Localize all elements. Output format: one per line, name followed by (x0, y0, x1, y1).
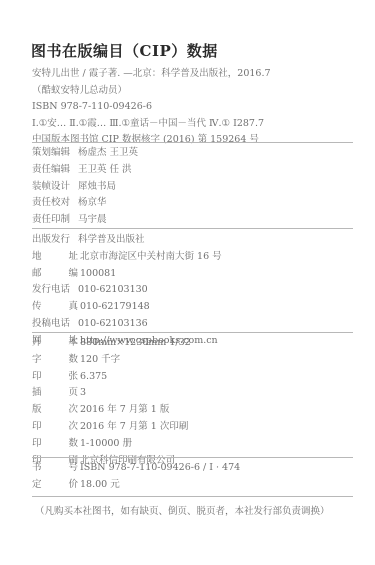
publisher-row: 出版发行科学普及出版社 (32, 232, 222, 249)
price-value: 18.00 元 (80, 477, 120, 494)
cip-block: 安特儿出世 / 霞子著. —北京：科学普及出版社，2016.7 （酷蚁安特儿总动… (32, 66, 271, 149)
publisher-value: 100081 (80, 266, 116, 283)
specs-block: 开本880mm×1230mm 1/32 字数120 千字 印张6.375 插页3… (32, 335, 191, 469)
publisher-value: 010-62103136 (78, 316, 148, 333)
publisher-label: 发行电话 (32, 282, 78, 299)
staff-value: 杨虚杰 王卫英 (78, 145, 138, 162)
spec-row: 版次2016 年 7 月第 1 版 (32, 402, 191, 419)
pricing-block: 书号ISBN 978-7-110-09426-6 / I · 474 定价18.… (32, 460, 240, 494)
publisher-value: 010-62179148 (80, 299, 150, 316)
publisher-value: 北京市海淀区中关村南大街 16 号 (80, 249, 222, 266)
cip-line: Ⅰ.①安… Ⅱ.①霞… Ⅲ.①童话－中国－当代 Ⅳ.① I287.7 (32, 116, 271, 133)
isbn-value: ISBN 978-7-110-09426-6 / I · 474 (80, 460, 240, 477)
divider (32, 457, 353, 458)
publisher-label: 出版发行 (32, 232, 78, 249)
staff-row: 责任编辑王卫英 任 洪 (32, 162, 138, 179)
spec-row: 开本880mm×1230mm 1/32 (32, 335, 191, 352)
publisher-row: 发行电话010-62103130 (32, 282, 222, 299)
spec-row: 印张6.375 (32, 369, 191, 386)
pricing-label: 定价 (32, 477, 78, 494)
staff-row: 策划编辑杨虚杰 王卫英 (32, 145, 138, 162)
spec-label: 插页 (32, 385, 78, 402)
publisher-row: 邮编100081 (32, 266, 222, 283)
staff-row: 装帧设计犀烛书局 (32, 179, 138, 196)
publisher-label: 邮编 (32, 266, 78, 283)
spec-value: 6.375 (80, 369, 107, 386)
spec-label: 开本 (32, 335, 78, 352)
pricing-label: 书号 (32, 460, 78, 477)
staff-row: 责任印制马宇晨 (32, 212, 138, 229)
staff-label: 策划编辑 (32, 145, 78, 162)
publisher-value: 科学普及出版社 (78, 232, 145, 249)
spec-label: 印数 (32, 436, 78, 453)
staff-value: 犀烛书局 (78, 179, 116, 196)
cip-line: （酷蚁安特儿总动员） (32, 83, 271, 100)
publisher-label: 投稿电话 (32, 316, 78, 333)
staff-value: 王卫英 任 洪 (78, 162, 132, 179)
staff-row: 责任校对杨京华 (32, 195, 138, 212)
spec-value: 2016 年 7 月第 1 次印刷 (80, 419, 188, 436)
divider (32, 496, 353, 497)
spec-value: 120 千字 (80, 352, 120, 369)
staff-label: 责任编辑 (32, 162, 78, 179)
cip-line: ISBN 978-7-110-09426-6 (32, 99, 271, 116)
divider (32, 332, 353, 333)
publisher-label: 地址 (32, 249, 78, 266)
spec-value: 880mm×1230mm 1/32 (80, 335, 191, 352)
publisher-value: 010-62103130 (78, 282, 148, 299)
copyright-page: 图书在版编目（CIP）数据 安特儿出世 / 霞子著. —北京：科学普及出版社，2… (0, 0, 375, 565)
cip-title: 图书在版编目（CIP）数据 (31, 40, 218, 61)
publisher-row: 地址北京市海淀区中关村南大街 16 号 (32, 249, 222, 266)
spec-row: 印次2016 年 7 月第 1 次印刷 (32, 419, 191, 436)
divider (32, 228, 353, 229)
staff-label: 责任印制 (32, 212, 78, 229)
staff-label: 装帧设计 (32, 179, 78, 196)
publisher-row: 传真010-62179148 (32, 299, 222, 316)
return-notice: （凡购买本社图书，如有缺页、倒页、脱页者，本社发行部负责调换） (35, 503, 330, 517)
spec-row: 插页3 (32, 385, 191, 402)
cip-line: 安特儿出世 / 霞子著. —北京：科学普及出版社，2016.7 (32, 66, 271, 83)
spec-value: 1-10000 册 (80, 436, 132, 453)
spec-label: 版次 (32, 402, 78, 419)
pricing-row: 定价18.00 元 (32, 477, 240, 494)
spec-row: 字数120 千字 (32, 352, 191, 369)
pricing-row: 书号ISBN 978-7-110-09426-6 / I · 474 (32, 460, 240, 477)
spec-value: 2016 年 7 月第 1 版 (80, 402, 169, 419)
staff-value: 马宇晨 (78, 212, 107, 229)
staff-value: 杨京华 (78, 195, 107, 212)
publisher-row: 投稿电话010-62103136 (32, 316, 222, 333)
divider (32, 142, 353, 143)
spec-label: 字数 (32, 352, 78, 369)
staff-block: 策划编辑杨虚杰 王卫英 责任编辑王卫英 任 洪 装帧设计犀烛书局 责任校对杨京华… (32, 145, 138, 229)
spec-label: 印张 (32, 369, 78, 386)
spec-label: 印次 (32, 419, 78, 436)
staff-label: 责任校对 (32, 195, 78, 212)
publisher-label: 传真 (32, 299, 78, 316)
spec-row: 印数1-10000 册 (32, 436, 191, 453)
spec-value: 3 (80, 385, 86, 402)
